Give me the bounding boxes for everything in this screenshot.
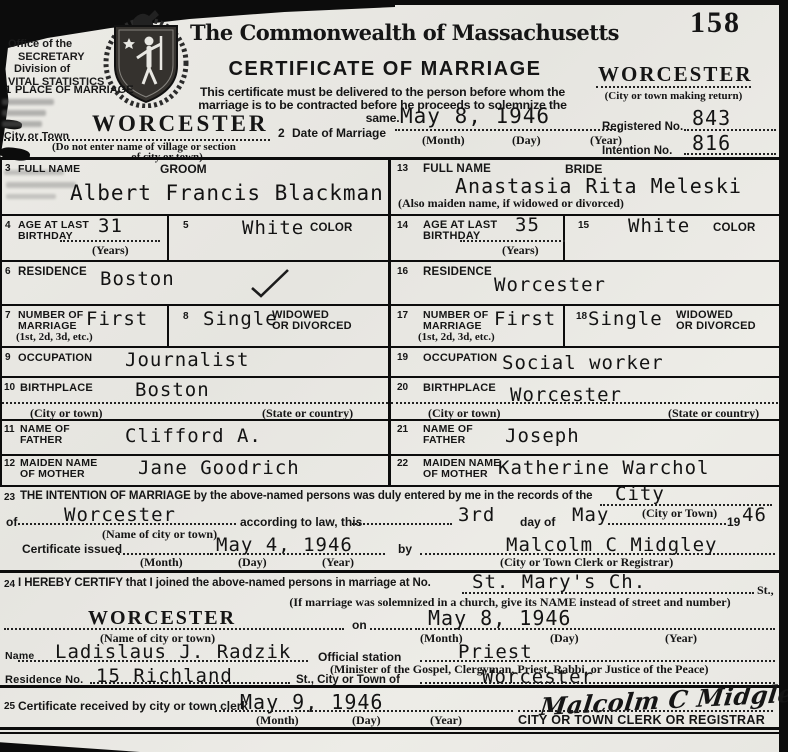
bride-residence-value: Worcester bbox=[494, 274, 606, 296]
intention-day-value: 3rd bbox=[458, 504, 495, 526]
date-of-marriage-label: Date of Marriage bbox=[292, 126, 386, 140]
dotted-line bbox=[462, 592, 754, 594]
rule-subdivider bbox=[563, 216, 565, 260]
bride-father-label2: FATHER bbox=[423, 434, 465, 446]
groom-residence-value: Boston bbox=[100, 268, 175, 290]
field-24-number: 24 bbox=[4, 579, 15, 590]
dotted-line bbox=[596, 86, 751, 88]
field-7-number: 7 bbox=[5, 310, 11, 321]
scan-smudge bbox=[6, 194, 56, 199]
year-label: (Year) bbox=[590, 133, 622, 148]
groom-age-value: 31 bbox=[98, 215, 123, 237]
city-or-town-note: (City or Town) bbox=[642, 506, 717, 521]
day-of-text: day of bbox=[520, 515, 555, 529]
dotted-line bbox=[370, 628, 412, 630]
intention-records-value: City bbox=[615, 483, 665, 505]
day-label: (Day) bbox=[550, 631, 579, 646]
month-label: (Month) bbox=[256, 713, 299, 728]
bride-father-value: Joseph bbox=[505, 425, 580, 447]
certify-lead-text: I HEREBY CERTIFY that I joined the above… bbox=[18, 577, 431, 589]
field-19-number: 19 bbox=[397, 352, 408, 363]
field-25-number: 25 bbox=[4, 701, 15, 712]
field-10-number: 10 bbox=[4, 382, 15, 393]
dotted-line bbox=[18, 660, 308, 662]
dotted-line bbox=[395, 129, 620, 131]
certificate-document: 158 Office of the SECRETARY Division of … bbox=[0, 0, 788, 752]
bride-marriage-value: First bbox=[494, 308, 556, 330]
bride-birthplace-note2: (State or country) bbox=[668, 406, 759, 421]
intention-no-value: 816 bbox=[692, 131, 731, 155]
registered-no-value: 843 bbox=[692, 106, 731, 130]
registered-no-label: Registered No. bbox=[602, 121, 683, 133]
bride-maiden-note: (Also maiden name, if widowed or divorce… bbox=[398, 196, 624, 211]
bride-condition-value: Single bbox=[588, 308, 663, 330]
street-suffix-label: St., bbox=[757, 583, 774, 598]
place-of-marriage-label: PLACE OF MARRIAGE bbox=[15, 84, 134, 96]
year-prefix: 19 bbox=[727, 515, 740, 529]
field-11-number: 11 bbox=[4, 424, 15, 435]
page-number: 158 bbox=[690, 6, 741, 40]
certificate-issued-label: Certificate issued bbox=[22, 542, 122, 556]
field-2-number: 2 bbox=[278, 126, 285, 140]
groom-father-value: Clifford A. bbox=[125, 425, 262, 447]
groom-full-name-label: FULL NAME bbox=[18, 163, 80, 175]
groom-color-label: COLOR bbox=[310, 222, 353, 234]
field-16-number: 16 bbox=[397, 266, 408, 277]
bride-color-value: White bbox=[628, 215, 690, 237]
bride-occupation-value: Social worker bbox=[502, 352, 664, 374]
bride-age-value: 35 bbox=[515, 214, 540, 236]
field-13-number: 13 bbox=[397, 163, 408, 174]
field-5-number: 5 bbox=[183, 220, 189, 231]
field-14-number: 14 bbox=[397, 220, 408, 231]
field-6-number: 6 bbox=[5, 266, 11, 277]
day-label: (Day) bbox=[512, 133, 541, 148]
clerk-note: (City or Town Clerk or Registrar) bbox=[500, 555, 673, 570]
scan-smudge bbox=[6, 182, 76, 188]
marriage-date-value: May 8, 1946 bbox=[400, 104, 550, 128]
groom-widowed-label2: OR DIVORCED bbox=[272, 320, 352, 332]
place-city-value: WORCESTER bbox=[92, 111, 269, 137]
dotted-line bbox=[215, 710, 513, 712]
groom-marriage-note: (1st, 2d, 3d, etc.) bbox=[16, 331, 93, 343]
field-18-number: 18 bbox=[576, 311, 587, 322]
groom-birthplace-label: BIRTHPLACE bbox=[20, 382, 93, 394]
intention-year-value: 46 bbox=[742, 504, 767, 526]
bride-mother-label2: OF MOTHER bbox=[423, 468, 488, 480]
intention-city-note: (Name of city or town) bbox=[102, 527, 217, 542]
field-1-number: 1 bbox=[5, 84, 11, 96]
groom-age-note: (Years) bbox=[92, 243, 129, 258]
bride-color-label: COLOR bbox=[713, 222, 756, 234]
bride-widowed-label2: OR DIVORCED bbox=[676, 320, 756, 332]
intention-lead-text: THE INTENTION OF MARRIAGE by the above-n… bbox=[20, 490, 592, 502]
field-8-number: 8 bbox=[183, 311, 189, 322]
groom-occupation-label: OCCUPATION bbox=[18, 352, 92, 364]
groom-condition-value: Single bbox=[203, 308, 278, 330]
groom-mother-value: Jane Goodrich bbox=[138, 457, 300, 479]
marriage-place-value: St. Mary's Ch. bbox=[472, 571, 646, 593]
month-label: (Month) bbox=[140, 555, 183, 570]
field-23-number: 23 bbox=[4, 492, 15, 503]
solemnized-city-value: WORCESTER bbox=[88, 607, 236, 630]
groom-birthplace-note1: (City or town) bbox=[30, 406, 102, 421]
certificate-subtitle: CERTIFICATE OF MARRIAGE bbox=[190, 58, 580, 81]
groom-role-label: GROOM bbox=[160, 162, 207, 176]
month-label: (Month) bbox=[422, 133, 465, 148]
check-mark-icon bbox=[248, 268, 292, 298]
dotted-line bbox=[60, 240, 160, 242]
field-9-number: 9 bbox=[5, 352, 11, 363]
dotted-line bbox=[608, 523, 726, 525]
day-label: (Day) bbox=[352, 713, 381, 728]
field-21-number: 21 bbox=[397, 424, 408, 435]
month-label: (Month) bbox=[420, 631, 463, 646]
bride-occupation-label: OCCUPATION bbox=[423, 352, 497, 364]
rule-bottom-2 bbox=[0, 732, 788, 734]
according-text: according to law, this bbox=[240, 515, 362, 529]
field-22-number: 22 bbox=[397, 458, 408, 469]
clerk-caption: CITY OR TOWN CLERK OR REGISTRAR bbox=[518, 713, 765, 727]
dotted-line bbox=[352, 523, 452, 525]
groom-color-value: White bbox=[242, 217, 304, 239]
rule-subdivider bbox=[563, 306, 565, 346]
bride-marriage-note: (1st, 2d, 3d, etc.) bbox=[418, 331, 495, 343]
office-stamp: Office of the SECRETARY Division of VITA… bbox=[8, 38, 104, 88]
bride-residence-label: RESIDENCE bbox=[423, 266, 492, 278]
dotted-line bbox=[90, 682, 290, 684]
scan-smudge bbox=[2, 121, 42, 127]
bride-age-note: (Years) bbox=[502, 243, 539, 258]
rule-subdivider bbox=[167, 216, 169, 260]
dotted-line bbox=[210, 553, 385, 555]
scan-smudge bbox=[2, 110, 46, 116]
bride-birthplace-label: BIRTHPLACE bbox=[423, 382, 496, 394]
solemnized-date-value: May 8, 1946 bbox=[428, 606, 571, 630]
rule-table-left bbox=[0, 157, 2, 487]
commonwealth-title: The Commonwealth of Massachusetts bbox=[190, 20, 580, 45]
groom-marriage-value: First bbox=[86, 308, 148, 330]
year-label: (Year) bbox=[430, 713, 462, 728]
dotted-line bbox=[4, 628, 344, 630]
year-label: (Year) bbox=[322, 555, 354, 570]
dotted-line bbox=[415, 628, 775, 630]
dotted-line bbox=[18, 523, 236, 525]
groom-father-label2: FATHER bbox=[20, 434, 62, 446]
scan-artifact-right-bar bbox=[779, 0, 788, 752]
groom-birthplace-note2: (State or country) bbox=[262, 406, 353, 421]
on-label: on bbox=[352, 618, 367, 632]
intention-of-label: of bbox=[6, 515, 17, 529]
dotted-line bbox=[518, 710, 773, 712]
groom-occupation-value: Journalist bbox=[125, 349, 249, 371]
field-3-number: 3 bbox=[5, 163, 11, 174]
groom-residence-label: RESIDENCE bbox=[18, 266, 87, 278]
office-stamp-line: Office of the bbox=[8, 38, 104, 51]
dotted-line bbox=[2, 402, 388, 404]
return-city-note: (City or town making return) bbox=[586, 90, 761, 102]
groom-birthplace-value: Boston bbox=[135, 379, 210, 401]
intention-month-value: May bbox=[572, 504, 609, 526]
bride-name-value: Anastasia Rita Meleski bbox=[455, 174, 742, 198]
bride-birthplace-note1: (City or town) bbox=[428, 406, 500, 421]
field-17-number: 17 bbox=[397, 310, 408, 321]
dotted-line bbox=[684, 153, 776, 155]
day-label: (Day) bbox=[238, 555, 267, 570]
office-stamp-line: SECRETARY bbox=[8, 51, 104, 64]
rule-bottom-1 bbox=[0, 727, 780, 730]
groom-mother-label2: OF MOTHER bbox=[20, 468, 85, 480]
rule-subdivider bbox=[167, 306, 169, 346]
dotted-line bbox=[391, 402, 778, 404]
field-12-number: 12 bbox=[4, 458, 15, 469]
dotted-line bbox=[460, 240, 565, 242]
scan-artifact-bottom-corner bbox=[0, 738, 140, 752]
rule-section-divider bbox=[0, 570, 780, 573]
certificate-received-label: Certificate received by city or town cle… bbox=[18, 699, 248, 713]
field-4-number: 4 bbox=[5, 220, 11, 231]
field-15-number: 15 bbox=[578, 220, 589, 231]
office-stamp-line: Division of bbox=[8, 63, 104, 76]
rule-column-divider bbox=[388, 157, 391, 487]
field-20-number: 20 bbox=[397, 382, 408, 393]
year-label: (Year) bbox=[665, 631, 697, 646]
by-label: by bbox=[398, 542, 412, 556]
bride-mother-value: Katherine Warchol bbox=[498, 457, 709, 479]
scan-smudge bbox=[2, 99, 54, 105]
groom-name-value: Albert Francis Blackman bbox=[70, 181, 384, 205]
return-city: WORCESTER bbox=[598, 62, 743, 87]
